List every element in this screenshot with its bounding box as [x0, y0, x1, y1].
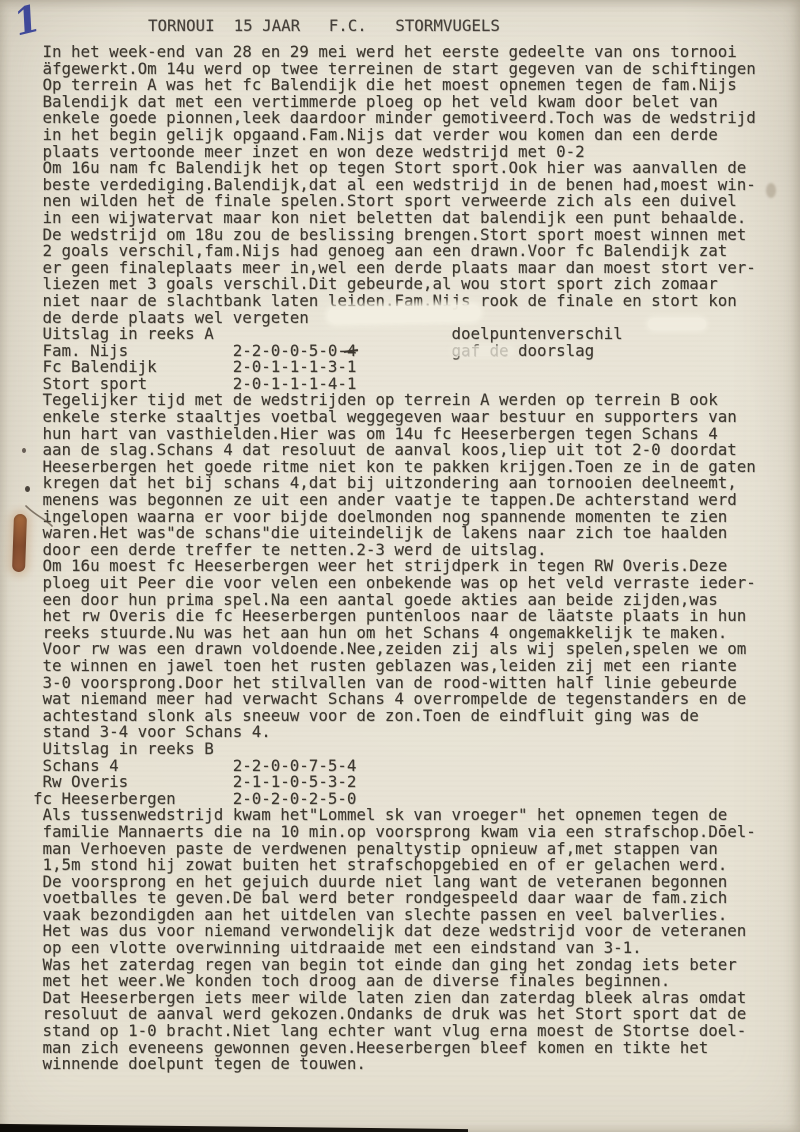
document-body: In het week-end van 28 en 29 mei werd he…: [33, 44, 756, 1073]
scanned-page: 1 TORNOUI 15 JAAR F.C. STORMVUGELS In he…: [0, 0, 800, 1132]
page-title: TORNOUI 15 JAAR F.C. STORMVUGELS: [148, 16, 500, 35]
whiteout-correction-small: [648, 318, 706, 330]
text-line: winnende doelpunt tegen de touwen.: [33, 1056, 756, 1073]
whiteout-smear: [452, 346, 514, 356]
whiteout-correction: [328, 304, 480, 323]
handwritten-page-number: 1: [9, 0, 45, 44]
ink-spot: [25, 486, 30, 492]
ink-spot: [22, 448, 26, 453]
text-line: familie Mannaerts die na 10 min.op voors…: [33, 824, 756, 841]
paper-tear-mark: [22, 500, 66, 540]
smudge-mark: [766, 183, 776, 198]
